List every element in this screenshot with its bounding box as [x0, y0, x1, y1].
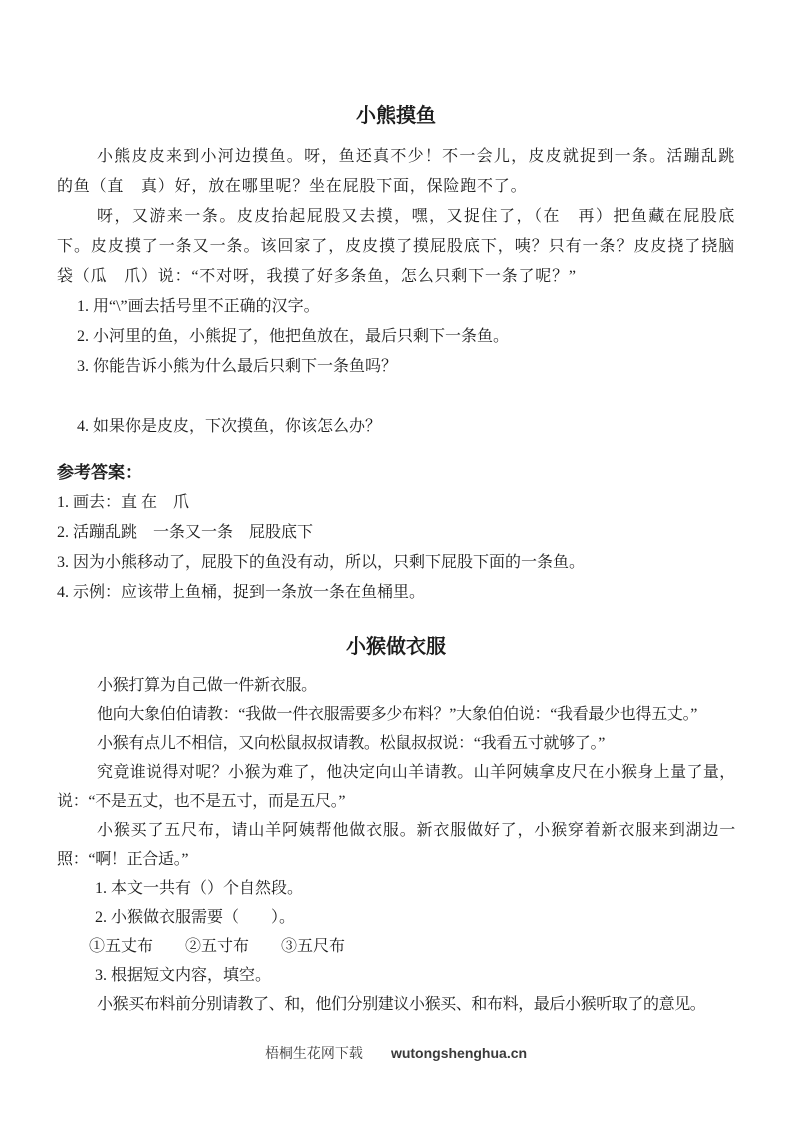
story2-paragraph-1: 小猴打算为自己做一件新衣服。	[57, 671, 735, 700]
story2-fill-in-line: 小猴买布料前分别请教了、和，他们分别建议小猴买、和布料，最后小猴听取了的意见。	[57, 990, 735, 1019]
story2-options-line: ①五丈布 ②五寸布 ③五尺布	[89, 932, 735, 961]
story2-question-3: 3. 根据短文内容，填空。	[95, 961, 735, 990]
story1-question-3: 3. 你能告诉小熊为什么最后只剩下一条鱼吗？	[77, 352, 735, 382]
story1-question-2: 2. 小河里的鱼，小熊捉了，他把鱼放在，最后只剩下一条鱼。	[77, 322, 735, 352]
story2-paragraph-3: 小猴有点儿不相信，又向松鼠叔叔请教。松鼠叔叔说：“我看五寸就够了。”	[57, 729, 735, 758]
answers-heading: 参考答案：	[57, 458, 735, 488]
story2-title: 小猴做衣服	[57, 633, 735, 661]
footer-site-url: wutongshenghua.cn	[391, 1043, 527, 1063]
story1-question-4: 4. 如果你是皮皮，下次摸鱼，你该怎么办？	[77, 412, 735, 442]
story1-question-1: 1. 用“\”画去括号里不正确的汉字。	[77, 292, 735, 322]
worksheet-page: 小熊摸鱼 小熊皮皮来到小河边摸鱼。呀，鱼还真不少！不一会儿，皮皮就捉到一条。活蹦…	[0, 0, 793, 1122]
story2-question-2: 2. 小猴做衣服需要（ ）。	[95, 903, 735, 932]
answer-item-1: 1. 画去：直 在 爪	[57, 488, 735, 518]
story2-paragraph-5: 小猴买了五尺布，请山羊阿姨帮他做衣服。新衣服做好了，小猴穿着新衣服来到湖边一照：…	[57, 816, 735, 874]
story2-paragraph-2: 他向大象伯伯请教：“我做一件衣服需要多少布料？”大象伯伯说：“我看最少也得五丈。…	[57, 700, 735, 729]
story1-paragraph-2: 呀，又游来一条。皮皮抬起屁股又去摸，嘿，又捉住了，（在 再）把鱼藏在屁股底下。皮…	[57, 202, 735, 292]
story2-paragraph-4: 究竟谁说得对呢？小猴为难了，他决定向山羊请教。山羊阿姨拿皮尺在小猴身上量了量，说…	[57, 758, 735, 816]
footer-site-name: 梧桐生花网下载	[265, 1045, 363, 1065]
page-footer: 梧桐生花网下载 wutongshenghua.cn	[57, 1043, 735, 1065]
answer-item-4: 4. 示例：应该带上鱼桶，捉到一条放一条在鱼桶里。	[57, 578, 735, 608]
story1-paragraph-1: 小熊皮皮来到小河边摸鱼。呀，鱼还真不少！不一会儿，皮皮就捉到一条。活蹦乱跳的鱼（…	[57, 142, 735, 202]
story1-title: 小熊摸鱼	[57, 102, 735, 130]
answer-item-2: 2. 活蹦乱跳 一条又一条 屁股底下	[57, 518, 735, 548]
story2-question-1: 1. 本文一共有（）个自然段。	[95, 874, 735, 903]
answer-item-3: 3. 因为小熊移动了，屁股下的鱼没有动，所以，只剩下屁股下面的一条鱼。	[57, 548, 735, 578]
